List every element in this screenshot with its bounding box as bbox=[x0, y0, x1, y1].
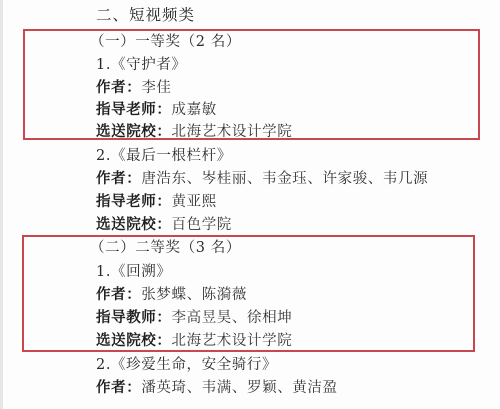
section-title: 二、短视频类 bbox=[96, 6, 195, 24]
page-edge bbox=[0, 0, 3, 409]
entry-title: 1.《回溯》 bbox=[96, 263, 171, 281]
author-label: 作者： bbox=[96, 286, 141, 303]
prize-title-first: （一）一等奖（2 名） bbox=[90, 33, 241, 51]
author-names: 李佳 bbox=[141, 80, 171, 96]
entry-title: 2.《最后一根栏杆》 bbox=[96, 147, 232, 165]
entry-authors: 作者：李佳 bbox=[96, 79, 172, 97]
entry-authors: 作者：唐浩东、岑桂丽、韦金珏、许家骏、韦几源 bbox=[96, 170, 428, 188]
author-label: 作者： bbox=[96, 379, 141, 396]
school-name: 北海艺术设计学院 bbox=[172, 124, 293, 140]
author-label: 作者： bbox=[96, 79, 141, 96]
advisor-names: 李高昱昊、徐相坤 bbox=[172, 310, 293, 326]
entry-school: 选送院校：百色学院 bbox=[96, 216, 232, 234]
entry-school: 选送院校：北海艺术设计学院 bbox=[96, 332, 292, 350]
entry-school: 选送院校：北海艺术设计学院 bbox=[96, 123, 292, 141]
entry-advisors: 指导老师：黄亚熙 bbox=[96, 193, 217, 211]
advisor-label: 指导教师： bbox=[96, 309, 172, 326]
advisor-label: 指导老师： bbox=[96, 193, 172, 210]
entry-advisors: 指导老师：成嘉敏 bbox=[96, 101, 217, 119]
prize-title-second: （二）二等奖（3 名） bbox=[90, 239, 241, 257]
school-label: 选送院校： bbox=[96, 216, 172, 233]
author-names: 唐浩东、岑桂丽、韦金珏、许家骏、韦几源 bbox=[141, 171, 428, 187]
entry-title: 1.《守护者》 bbox=[96, 56, 187, 74]
advisor-names: 成嘉敏 bbox=[172, 102, 217, 118]
author-names: 潘英琦、韦满、罗颖、黄洁盈 bbox=[141, 380, 337, 396]
advisor-names: 黄亚熙 bbox=[172, 194, 217, 210]
school-name: 百色学院 bbox=[172, 217, 232, 233]
entry-title: 2.《珍爱生命，安全骑行》 bbox=[96, 356, 277, 374]
author-names: 张梦蝶、陈漪薇 bbox=[141, 287, 247, 303]
entry-authors: 作者：张梦蝶、陈漪薇 bbox=[96, 286, 247, 304]
school-label: 选送院校： bbox=[96, 123, 172, 140]
entry-advisors: 指导教师：李高昱昊、徐相坤 bbox=[96, 309, 292, 327]
school-name: 北海艺术设计学院 bbox=[172, 333, 293, 349]
entry-authors: 作者：潘英琦、韦满、罗颖、黄洁盈 bbox=[96, 379, 338, 397]
advisor-label: 指导老师： bbox=[96, 101, 172, 118]
author-label: 作者： bbox=[96, 170, 141, 187]
school-label: 选送院校： bbox=[96, 332, 172, 349]
